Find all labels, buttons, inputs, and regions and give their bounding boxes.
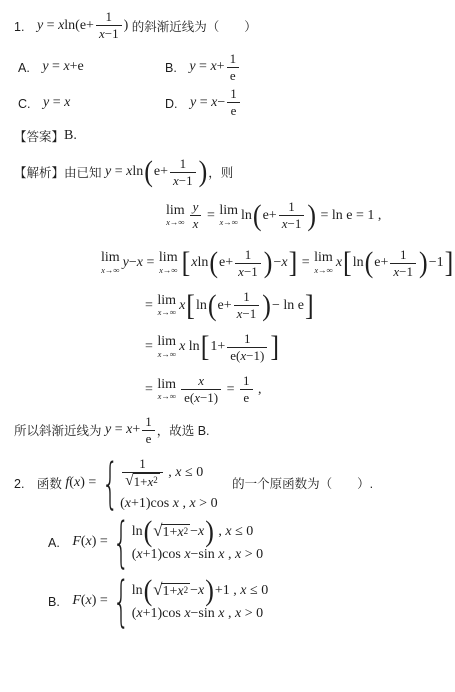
fraction-denominator: x−1 [390, 264, 416, 280]
limit-subscript: x→∞ [166, 218, 184, 227]
math-roman: e [231, 103, 237, 119]
q1-equation-2: limx→∞y−x = limx→∞[xln(e+1x−1)−x] = limx… [100, 246, 455, 282]
q1-stem: 1. y = xln(e+1x−1) 的斜渐近线为（ ） [14, 8, 455, 44]
fraction-denominator: x−1 [279, 216, 305, 232]
text-run: B. [48, 592, 72, 610]
fraction-numerator: 1 [234, 289, 260, 306]
limit-word: lim [157, 294, 176, 309]
fraction-numerator: 1 [235, 247, 261, 264]
radical-sign: √ [153, 582, 162, 599]
math-roman: −1 [429, 255, 444, 271]
math-roman: , [179, 496, 190, 512]
limit-subscript: x→∞ [314, 266, 332, 275]
fraction-numerator: 1 [142, 414, 155, 431]
radical-sign: √ [153, 523, 162, 540]
math-variable: y [193, 199, 199, 215]
fraction-numerator: 1 [122, 456, 163, 473]
fraction: 1e [227, 86, 240, 120]
math-roman: e [146, 431, 152, 447]
math-variable: x [281, 255, 287, 271]
math-roman: −sin [191, 547, 219, 563]
limit-subscript: x→∞ [158, 392, 176, 401]
math-roman: e [243, 390, 249, 406]
math-roman: e [230, 68, 236, 84]
math-roman: ln [241, 208, 252, 224]
limit-operator: limx→∞ [157, 378, 176, 402]
math-roman: e+ [218, 298, 232, 314]
math-roman: ln [185, 339, 199, 355]
math-roman: −1 [244, 264, 258, 280]
cases-row: ln(√1+x2−x)+1 , x ≤ 0 [132, 580, 269, 602]
big-delimiter: ) [264, 251, 273, 276]
big-delimiter: [ [186, 293, 195, 318]
big-delimiter: [ [343, 251, 352, 276]
text-run: 2. 函数 [14, 474, 65, 492]
math-roman: = [111, 164, 126, 180]
q1-answer: 【答案】B. [14, 127, 455, 145]
text-run: D. [165, 94, 190, 112]
math-roman: = [49, 95, 64, 111]
math-roman: +1)cos [143, 547, 185, 563]
q1-equation-4: = limx→∞x ln[1+1e(x−1)] [145, 330, 455, 366]
q2-option-b: B. F(x) = {ln(√1+x2−x)+1 , x ≤ 0(x+1)cos… [48, 580, 455, 623]
limit-word: lim [166, 204, 185, 219]
text-run: ，故选 B. [157, 421, 210, 439]
q1-equation-1: limx→∞yx = limx→∞ln(e+1x−1) = ln e = 1 , [165, 198, 455, 234]
math-roman: ≤ 0 [182, 465, 204, 481]
limit-operator: limx→∞ [314, 251, 333, 275]
math-roman: = [111, 422, 126, 438]
fraction-denominator: e(x−1) [227, 348, 267, 364]
q1-option-c: C. y = x [18, 94, 165, 112]
fraction-denominator: e [227, 68, 240, 84]
math-roman: 1 [400, 247, 407, 263]
limit-word: lim [314, 251, 333, 266]
q1-equation-3: = limx→∞x[ln(e+1x−1)− ln e] [145, 288, 455, 324]
math-variable: F [72, 593, 81, 609]
limit-operator: limx→∞ [101, 251, 120, 275]
math-roman: −1 [105, 26, 119, 42]
fraction-numerator: y [190, 199, 202, 216]
math-variable: x [179, 298, 185, 314]
math-roman: = [196, 95, 211, 111]
fraction-denominator: x−1 [235, 264, 261, 280]
limit-operator: limx→∞ [159, 251, 178, 275]
fraction: 1x−1 [390, 247, 416, 281]
math-roman: ln [132, 164, 143, 180]
text-run: A. [48, 533, 72, 551]
left-brace-icon: { [101, 462, 118, 505]
piecewise-cases: {ln(√1+x2−x) , x ≤ 0(x+1)cos x−sin x , x… [113, 521, 263, 564]
limit-subscript: x→∞ [159, 266, 177, 275]
big-delimiter: ( [208, 293, 217, 318]
left-brace-icon: { [113, 521, 130, 564]
q1-options-row-1: A. y = x+e B. y = x+1e [18, 50, 455, 86]
big-delimiter: ( [144, 520, 153, 545]
math-roman: −1 [287, 216, 301, 232]
math-roman: 1 [230, 86, 237, 102]
math-roman: 1 [145, 414, 152, 430]
text-run: ，则 [208, 163, 233, 181]
text-run: A. [18, 58, 42, 76]
math-roman: e+ [263, 208, 277, 224]
math-roman: − [190, 524, 198, 540]
math-roman: 1+ [210, 339, 225, 355]
fraction: 1x−1 [279, 199, 305, 233]
math-roman: −1 [179, 173, 193, 189]
q1-conclusion: 所以斜渐近线为 y = x+1e，故选 B. [14, 413, 455, 449]
math-roman: , [255, 382, 262, 398]
limit-subscript: x→∞ [158, 308, 176, 317]
cases-row: (x+1)cos x−sin x , x > 0 [132, 606, 263, 622]
limit-word: lim [157, 378, 176, 393]
piecewise-cases: {1√1+x2 , x ≤ 0(x+1)cos x , x > 0 [102, 455, 218, 512]
fraction-numerator: 1 [390, 247, 416, 264]
math-roman: = [143, 255, 158, 271]
fraction: 1x−1 [234, 289, 260, 323]
limit-subscript: x→∞ [220, 218, 238, 227]
math-roman: = [223, 382, 238, 398]
fraction: 1e [142, 414, 155, 448]
math-roman: 1+ [162, 525, 177, 541]
limit-operator: limx→∞ [166, 204, 185, 228]
math-roman: ln [353, 255, 364, 271]
cases-row: 1√1+x2 , x ≤ 0 [120, 455, 203, 492]
fraction: 1x−1 [235, 247, 261, 281]
big-delimiter: ) [307, 203, 316, 228]
math-roman: 1 [288, 199, 295, 215]
fraction: 1e(x−1) [227, 331, 267, 365]
radicand: 1+x2 [133, 473, 160, 490]
math-roman: e+ [374, 255, 388, 271]
radical-sign: √ [125, 473, 134, 489]
fraction-denominator: x−1 [96, 26, 122, 42]
math-variable: x [198, 373, 204, 389]
text-run: 的斜渐近线为（ ） [128, 17, 256, 35]
math-roman: +1)cos [143, 606, 185, 622]
math-roman: e( [184, 390, 194, 406]
math-roman: ln [196, 298, 207, 314]
limit-operator: limx→∞ [157, 335, 176, 359]
limit-operator: limx→∞ [157, 294, 176, 318]
math-roman: −sin [191, 606, 219, 622]
text-run: 【解析】由已知 [14, 163, 105, 181]
math-roman: ln(e+ [64, 18, 94, 34]
limit-word: lim [101, 251, 120, 266]
cases-rows: 1√1+x2 , x ≤ 0(x+1)cos x , x > 0 [120, 455, 217, 512]
math-roman: > 0 [241, 606, 263, 622]
fraction: 1x−1 [170, 156, 196, 190]
left-brace-icon: { [113, 580, 130, 623]
math-roman: ln [197, 255, 208, 271]
big-delimiter: ] [270, 335, 279, 360]
math-variable: x [64, 95, 70, 111]
math-roman: = [203, 208, 218, 224]
big-delimiter: ) [205, 520, 214, 545]
math-roman: + [217, 59, 225, 75]
q1-options-row-2: C. y = x D. y = x−1e [18, 85, 455, 121]
math-roman: − [190, 583, 198, 599]
big-delimiter: ) [199, 160, 208, 185]
math-roman: − ln e [272, 298, 304, 314]
math-roman: = [43, 18, 58, 34]
math-roman: = [49, 59, 64, 75]
limit-subscript: x→∞ [101, 266, 119, 275]
cases-row: (x+1)cos x−sin x , x > 0 [132, 547, 263, 563]
radicand: 1+x2 [161, 524, 190, 541]
math-roman: −1) [200, 390, 218, 406]
math-roman: 1 [243, 373, 250, 389]
math-roman: 1 [243, 289, 250, 305]
fraction-denominator: e [227, 103, 240, 119]
math-roman: 1 [230, 51, 237, 67]
fraction-denominator: e(x−1) [181, 390, 221, 406]
big-delimiter: ) [419, 251, 428, 276]
piecewise-cases: {ln(√1+x2−x)+1 , x ≤ 0(x+1)cos x−sin x ,… [113, 580, 268, 623]
text-run: B. [165, 58, 189, 76]
fraction-numerator: 1 [279, 199, 305, 216]
math-variable: x [198, 583, 204, 599]
math-variable: x [193, 216, 199, 232]
math-roman: > 0 [196, 496, 218, 512]
text-run: 【答案】 [14, 127, 64, 145]
math-roman: 1 [244, 331, 251, 347]
fraction-numerator: x [181, 373, 221, 390]
cases-rows: ln(√1+x2−x) , x ≤ 0(x+1)cos x−sin x , x … [132, 521, 263, 563]
q1-option-a: A. y = x+e [18, 58, 165, 76]
fraction-denominator: e [240, 390, 253, 406]
math-roman: 1+ [134, 474, 148, 490]
math-roman: −1 [399, 264, 413, 280]
fraction: 1e [240, 373, 253, 407]
math-roman: B. [64, 128, 77, 144]
math-roman: ) = [92, 534, 112, 550]
math-roman: = [145, 298, 156, 314]
superscript: 2 [153, 474, 158, 487]
math-roman: 1 [180, 156, 187, 172]
fraction: yx [190, 199, 202, 233]
math-roman: ln [132, 524, 143, 540]
math-roman: > 0 [241, 547, 263, 563]
big-delimiter: ( [144, 160, 153, 185]
fraction: 1e [227, 51, 240, 85]
cases-row: (x+1)cos x , x > 0 [120, 496, 217, 512]
superscript: 2 [184, 525, 189, 538]
q1-equation-5: = limx→∞xe(x−1) = 1e , [145, 372, 455, 408]
math-roman: e( [230, 348, 240, 364]
radical: √1+x2 [153, 524, 190, 541]
math-roman: +e [70, 59, 84, 75]
fraction-denominator: x−1 [170, 173, 196, 189]
radical: √1+x2 [125, 473, 160, 490]
cases-rows: ln(√1+x2−x)+1 , x ≤ 0(x+1)cos x−sin x , … [132, 580, 269, 622]
big-delimiter: ] [305, 293, 314, 318]
math-roman: − [129, 255, 137, 271]
math-roman: +1 , [215, 583, 240, 599]
math-roman: e+ [154, 164, 168, 180]
big-delimiter: [ [182, 251, 191, 276]
math-roman: = ln e = 1 , [317, 208, 381, 224]
fraction-numerator: 1 [240, 373, 253, 390]
limit-subscript: x→∞ [158, 350, 176, 359]
fraction-denominator: x−1 [234, 306, 260, 322]
superscript: 2 [184, 584, 189, 597]
math-roman: ≤ 0 [232, 524, 254, 540]
math-roman: +1)cos [131, 496, 173, 512]
limit-word: lim [159, 251, 178, 266]
limit-operator: limx→∞ [219, 204, 238, 228]
text-run: C. [18, 94, 43, 112]
big-delimiter: ( [209, 251, 218, 276]
q2-stem: 2. 函数 f(x) = {1√1+x2 , x ≤ 0(x+1)cos x ,… [14, 455, 455, 512]
big-delimiter: ] [289, 251, 298, 276]
math-roman: = [298, 255, 313, 271]
math-roman: −1) [246, 348, 264, 364]
big-delimiter: ( [365, 251, 374, 276]
fraction-numerator: 1 [96, 9, 122, 26]
big-delimiter: ) [205, 579, 214, 604]
fraction-denominator: x [190, 216, 202, 232]
math-roman: 1 [245, 247, 252, 263]
math-roman: = [145, 382, 156, 398]
math-roman: ) = [80, 475, 100, 491]
math-roman: 1 [106, 9, 113, 25]
math-roman: 1+ [162, 584, 177, 600]
math-roman: ≤ 0 [247, 583, 269, 599]
math-roman: e+ [219, 255, 233, 271]
fraction: xe(x−1) [181, 373, 221, 407]
math-roman: , [224, 547, 235, 563]
math-roman: = [196, 59, 211, 75]
math-roman: 1 [139, 456, 146, 472]
big-delimiter: ( [144, 579, 153, 604]
math-roman: ln [132, 583, 143, 599]
radicand: 1+x2 [161, 583, 190, 600]
q1-analysis-intro: 【解析】由已知 y = xln(e+1x−1)，则 [14, 155, 455, 191]
fraction-numerator: 1 [227, 86, 240, 103]
math-roman: ) = [92, 593, 112, 609]
radical: √1+x2 [153, 583, 190, 600]
math-roman: , [224, 606, 235, 622]
fraction: 1√1+x2 [122, 456, 163, 491]
cases-row: ln(√1+x2−x) , x ≤ 0 [132, 521, 254, 543]
limit-word: lim [219, 204, 238, 219]
q2-option-a: A. F(x) = {ln(√1+x2−x) , x ≤ 0(x+1)cos x… [48, 521, 455, 564]
math-roman: + [132, 422, 140, 438]
big-delimiter: [ [201, 335, 210, 360]
math-roman: −1 [242, 306, 256, 322]
fraction-numerator: 1 [170, 156, 196, 173]
fraction-denominator: e [142, 431, 155, 447]
fraction: 1x−1 [96, 9, 122, 43]
text-run: 1. [14, 17, 37, 35]
big-delimiter: ) [262, 293, 271, 318]
big-delimiter: ( [253, 203, 262, 228]
q1-option-b: B. y = x+1e [165, 50, 241, 86]
fraction-denominator: √1+x2 [122, 473, 163, 490]
math-roman: , [165, 465, 176, 481]
q1-option-d: D. y = x−1e [165, 85, 242, 121]
math-worksheet: 1. y = xln(e+1x−1) 的斜渐近线为（ ） A. y = x+e … [0, 0, 455, 623]
limit-word: lim [157, 335, 176, 350]
math-roman: = [145, 339, 156, 355]
text-run: 所以斜渐近线为 [14, 421, 105, 439]
math-variable: x [336, 255, 342, 271]
big-delimiter: ] [445, 251, 454, 276]
math-roman: − [217, 95, 225, 111]
math-roman: , [215, 524, 226, 540]
math-variable: x [198, 524, 204, 540]
text-run: 的一个原函数为（ ）. [220, 474, 373, 492]
math-variable: F [72, 534, 81, 550]
fraction-numerator: 1 [227, 51, 240, 68]
fraction-numerator: 1 [227, 331, 267, 348]
